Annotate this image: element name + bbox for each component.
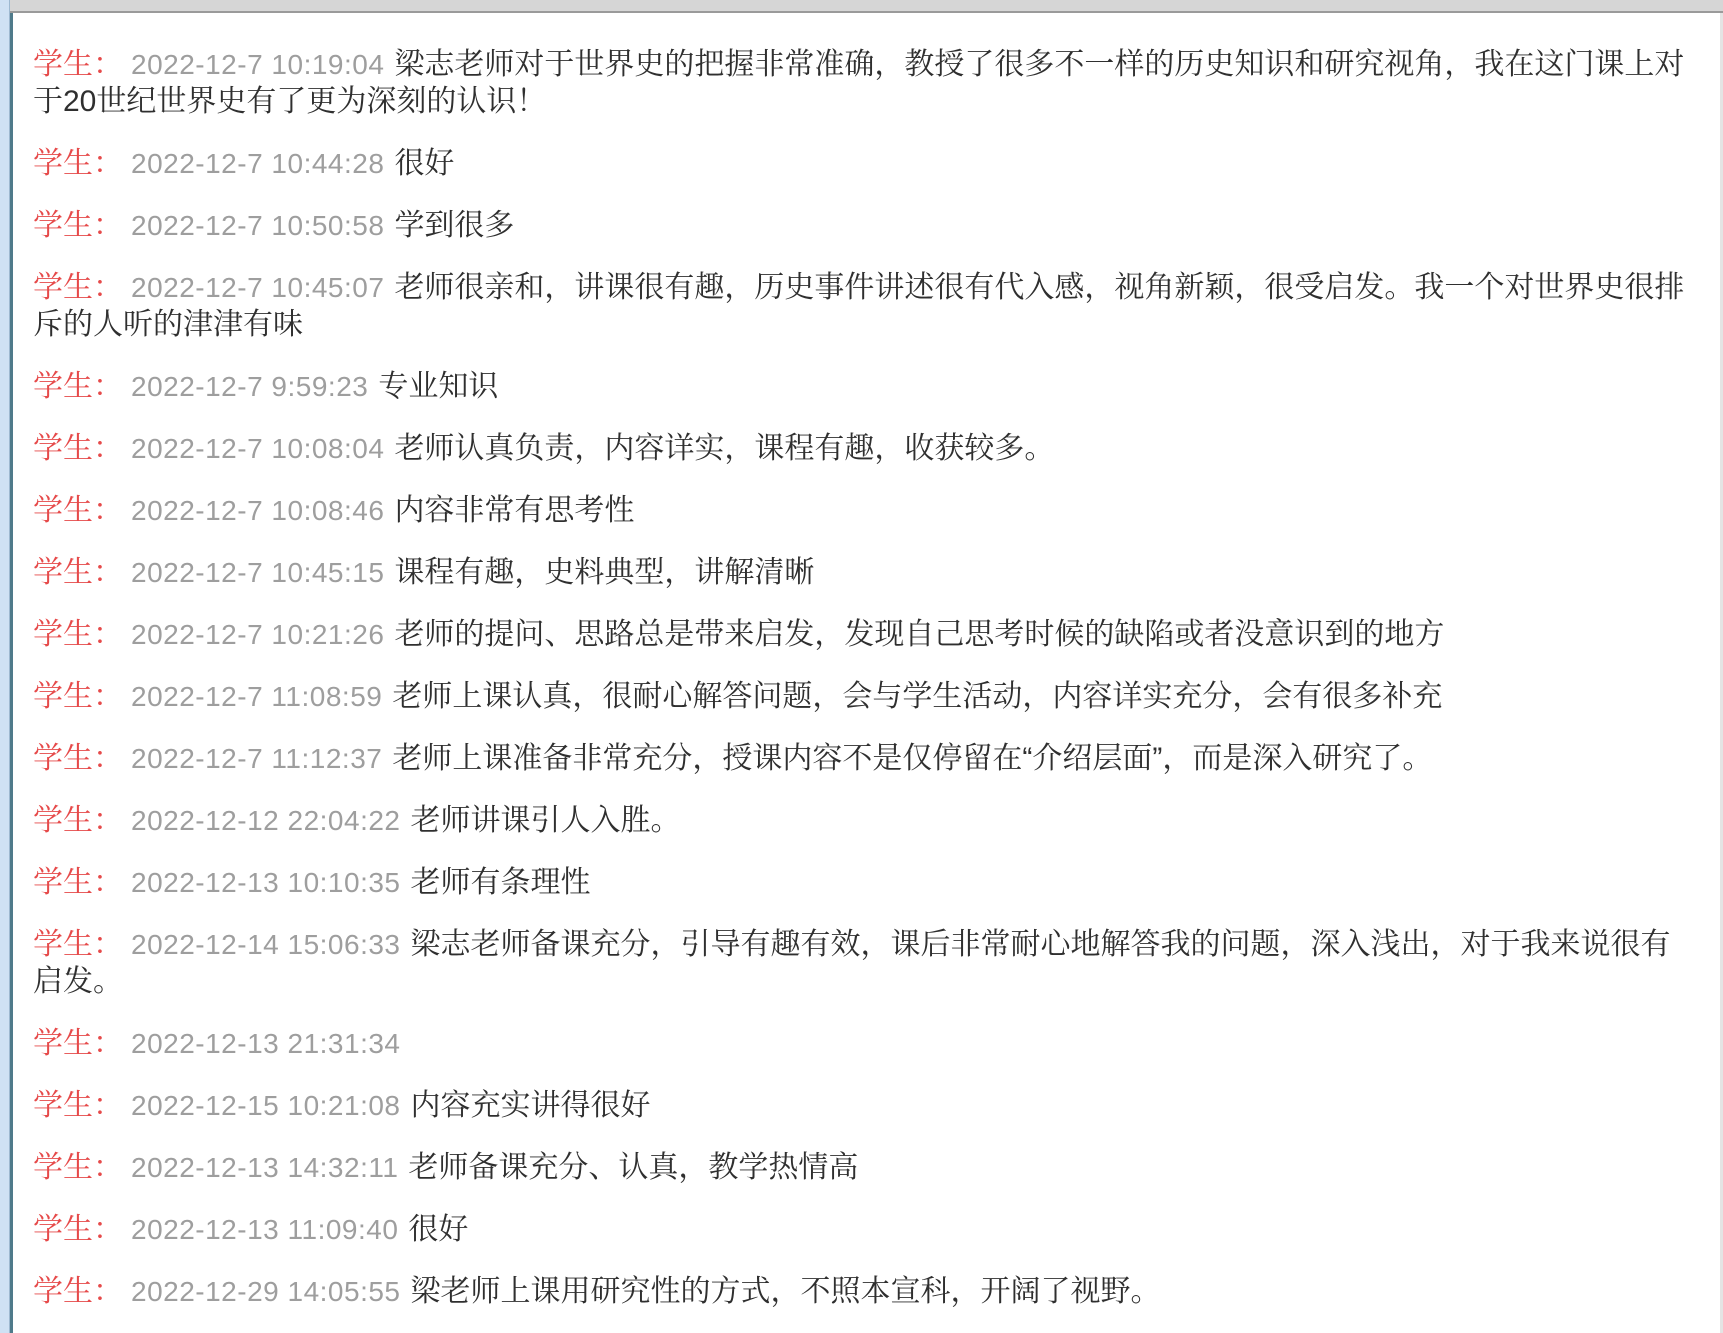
comment-timestamp: 2022-12-7 11:12:37 [131,743,382,774]
comment-text: 很好 [394,147,454,180]
comment-timestamp: 2022-12-7 9:59:23 [131,371,368,402]
comment-row: 学生：2022-12-12 22:04:22老师讲课引人入胜。 [33,802,1693,839]
comment-timestamp: 2022-12-13 10:10:35 [131,867,401,898]
comment-row: 学生：2022-12-7 9:59:23专业知识 [33,368,1693,405]
comment-text: 老师上课准备非常充分，授课内容不是仅停留在“介绍层面”，而是深入研究了。 [392,742,1432,775]
comment-timestamp: 2022-12-7 10:19:04 [131,49,384,80]
comment-row: 学生：2022-12-13 14:32:11老师备课充分、认真，教学热情高 [33,1149,1693,1186]
student-label: 学生： [33,866,123,899]
comment-timestamp: 2022-12-29 14:05:55 [131,1276,401,1307]
student-label: 学生： [33,1213,123,1246]
comment-text: 老师认真负责，内容详实，课程有趣，收获较多。 [394,432,1054,465]
comment-timestamp: 2022-12-7 10:08:46 [131,495,384,526]
student-label: 学生： [33,680,123,713]
student-label: 学生： [33,370,123,403]
comment-row: 学生：2022-12-7 11:12:37老师上课准备非常充分，授课内容不是仅停… [33,740,1693,777]
comment-row: 学生：2022-12-13 21:31:34 [33,1025,1693,1062]
comment-timestamp: 2022-12-7 10:21:26 [131,619,384,650]
student-label: 学生： [33,1089,123,1122]
student-label: 学生： [33,1151,123,1184]
comment-timestamp: 2022-12-7 10:45:07 [131,272,384,303]
student-label: 学生： [33,928,123,961]
comment-text: 老师上课认真，很耐心解答问题，会与学生活动，内容详实充分，会有很多补充 [392,680,1442,713]
comment-timestamp: 2022-12-7 10:45:15 [131,557,384,588]
comment-row: 学生：2022-12-14 15:06:33梁志老师备课充分，引导有趣有效，课后… [33,926,1693,1000]
comment-row: 学生：2022-12-7 10:19:04梁志老师对于世界史的把握非常准确，教授… [33,46,1693,120]
comment-text: 内容充实讲得很好 [411,1089,651,1122]
comment-timestamp: 2022-12-7 10:50:58 [131,210,384,241]
comment-text: 老师的提问、思路总是带来启发，发现自己思考时候的缺陷或者没意识到的地方 [394,618,1444,651]
comment-text: 老师备课充分、认真，教学热情高 [408,1151,858,1184]
comment-timestamp: 2022-12-13 11:09:40 [131,1214,398,1245]
comment-timestamp: 2022-12-13 14:32:11 [131,1152,398,1183]
top-scroll-edge [0,0,1723,13]
student-label: 学生： [33,1027,123,1060]
comment-text: 专业知识 [378,370,498,403]
comment-row: 学生：2022-12-7 10:45:07老师很亲和，讲课很有趣，历史事件讲述很… [33,269,1693,343]
student-label: 学生： [33,271,123,304]
student-label: 学生： [33,209,123,242]
comment-row: 学生：2022-12-7 11:08:59老师上课认真，很耐心解答问题，会与学生… [33,678,1693,715]
student-label: 学生： [33,1275,123,1308]
comment-timestamp: 2022-12-7 10:44:28 [131,148,384,179]
comment-text: 内容非常有思考性 [394,494,634,527]
left-margin-strip [0,0,10,1333]
comments-list: 学生：2022-12-7 10:19:04梁志老师对于世界史的把握非常准确，教授… [13,13,1717,1333]
comment-timestamp: 2022-12-7 10:08:04 [131,433,384,464]
comment-text: 课程有趣，史料典型，讲解清晰 [394,556,814,589]
comment-timestamp: 2022-12-7 11:08:59 [131,681,382,712]
comment-timestamp: 2022-12-14 15:06:33 [131,929,401,960]
student-label: 学生： [33,618,123,651]
student-label: 学生： [33,494,123,527]
student-label: 学生： [33,432,123,465]
comment-text: 老师讲课引人入胜。 [411,804,681,837]
comment-timestamp: 2022-12-15 10:21:08 [131,1090,401,1121]
comment-row: 学生：2022-12-7 10:45:15课程有趣，史料典型，讲解清晰 [33,554,1693,591]
comment-row: 学生：2022-12-7 10:50:58学到很多 [33,207,1693,244]
comment-text: 梁老师上课用研究性的方式，不照本宣科，开阔了视野。 [411,1275,1161,1308]
comment-timestamp: 2022-12-12 22:04:22 [131,805,401,836]
student-label: 学生： [33,556,123,589]
comment-row: 学生：2022-12-29 14:05:55梁老师上课用研究性的方式，不照本宣科… [33,1273,1693,1310]
comment-timestamp: 2022-12-13 21:31:34 [131,1028,401,1059]
comment-text: 老师有条理性 [411,866,591,899]
comment-row: 学生：2022-12-13 11:09:40很好 [33,1211,1693,1248]
student-label: 学生： [33,147,123,180]
student-label: 学生： [33,804,123,837]
comment-row: 学生：2022-12-7 10:44:28很好 [33,145,1693,182]
comment-row: 学生：2022-12-13 10:10:35老师有条理性 [33,864,1693,901]
comment-row: 学生：2022-12-7 10:08:04老师认真负责，内容详实，课程有趣，收获… [33,430,1693,467]
comment-row: 学生：2022-12-7 10:21:26老师的提问、思路总是带来启发，发现自己… [33,616,1693,653]
student-label: 学生： [33,48,123,81]
comment-row: 学生：2022-12-7 10:08:46内容非常有思考性 [33,492,1693,529]
student-label: 学生： [33,742,123,775]
comment-text: 学到很多 [394,209,514,242]
comment-text: 很好 [408,1213,468,1246]
comment-row: 学生：2022-12-15 10:21:08内容充实讲得很好 [33,1087,1693,1124]
